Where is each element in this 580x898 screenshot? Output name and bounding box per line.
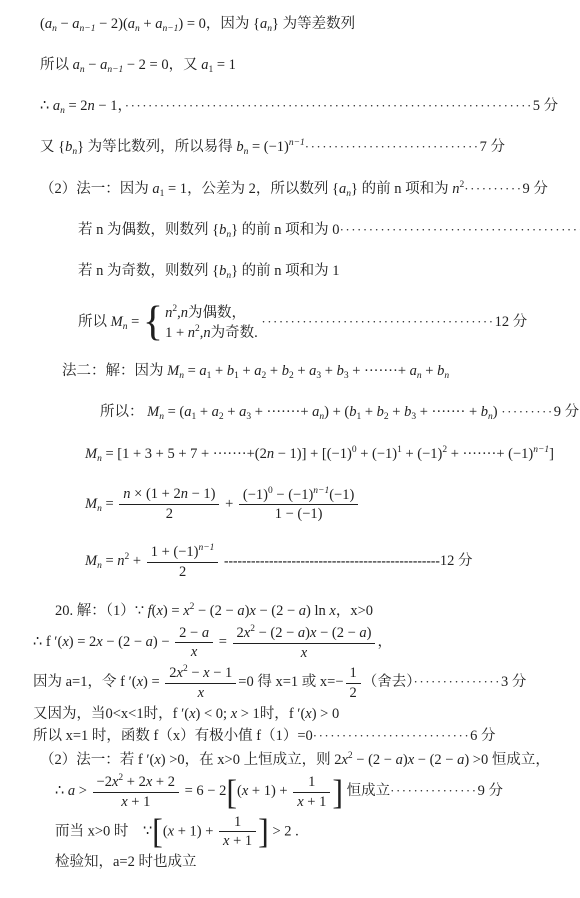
math-variable: a <box>212 404 219 420</box>
math-text: + (−1) <box>357 446 398 462</box>
math-variable: a <box>410 363 417 379</box>
math-text: 1 + (−1) <box>151 544 199 560</box>
math-text: − (2 − <box>256 603 299 619</box>
math-text: ) + ( <box>324 404 349 420</box>
text-run: ，在 x>0 上恒成立，则 <box>185 752 335 768</box>
math-variable: M <box>167 363 179 379</box>
fraction-denominator: x <box>165 684 236 702</box>
math-text: + <box>140 16 155 32</box>
math-text: + ·······+ <box>251 404 312 420</box>
math-text: ) = <box>163 603 183 619</box>
math-text: = 2 <box>65 98 88 114</box>
math-text: + <box>389 404 404 420</box>
math-text: = 1 <box>213 57 236 73</box>
text-run: } 的前 n 项和为 1 <box>231 263 339 279</box>
fraction-denominator: 2 <box>147 563 219 581</box>
text-run: 12 分 <box>440 553 473 569</box>
text-run: 所以 <box>78 314 111 330</box>
document-line: 检验知，a=2 时也成立 <box>0 853 580 873</box>
cases-row: 1 + n2,n为奇数. <box>165 323 258 343</box>
math-text: ) − <box>153 634 173 650</box>
math-text: + <box>224 404 239 420</box>
math-variable: a <box>72 16 79 32</box>
text-run: 恒成立 <box>343 783 390 799</box>
math-text: f ′( <box>173 706 189 722</box>
curly-brace-icon: { <box>143 304 163 342</box>
dotted-leader: ·········· <box>464 181 522 196</box>
text-run: 所以： <box>100 404 147 420</box>
text-run: 所以 x=1 时，函数 f（x）有极小值 f（1）=0 <box>33 728 313 744</box>
document-line: （2）法一：因为 a1 = 1，公差为 2，所以数列 {an} 的前 n 项和为… <box>0 179 580 201</box>
text-run: 9 分 <box>478 783 503 799</box>
math-text: − 2)( <box>95 16 127 32</box>
document-line: 又因为，当0<x<1时，f ′(x) < 0; x > 1时，f ′(x) > … <box>0 705 580 725</box>
text-run: 因为 a=1，令 <box>33 674 120 690</box>
document-line: 所以 Mn = {n2,n为偶数，1 + n2,n为奇数. ··········… <box>0 303 580 343</box>
math-text: − 2 = 0 <box>123 57 168 73</box>
math-text: + 1 <box>304 794 327 810</box>
math-text: (−1) <box>329 487 354 503</box>
math-variable: b <box>481 404 488 420</box>
fraction: 1 + (−1)n−12 <box>147 543 219 580</box>
text-run: ，又 <box>169 57 202 73</box>
math-text: f ′( <box>289 706 305 722</box>
math-variable: M <box>85 553 97 569</box>
text-run: 6 分 <box>470 728 495 744</box>
text-run: } 的前 n 项和为 0 <box>231 222 339 238</box>
math-text: ] <box>549 446 554 462</box>
math-variable: b <box>282 363 289 379</box>
math-text: − (2 − <box>353 752 396 768</box>
text-run: 检验知，a=2 时也成立 <box>55 854 197 870</box>
dotted-leader: ········································… <box>125 98 533 113</box>
math-text: f ′( <box>138 752 154 768</box>
text-run: 7 分 <box>480 139 505 155</box>
math-variable: a <box>396 752 403 768</box>
text-run: （舍去） <box>363 674 414 690</box>
document-line: 所以： Mn = (a1 + a2 + a3 + ·······+ an) + … <box>0 403 580 424</box>
math-text: + ······· + <box>416 404 481 420</box>
math-variable: b <box>227 363 234 379</box>
document-line: 所以 x=1 时，函数 f（x）有极小值 f（1）=0·············… <box>0 727 580 747</box>
fraction: 12 <box>346 665 361 701</box>
document-line: Mn = n2 + 1 + (−1)n−12 -----------------… <box>0 543 580 580</box>
math-text: (−1) <box>243 487 268 503</box>
text-run: 恒成立， <box>488 752 550 768</box>
text-run: ， <box>377 634 392 650</box>
math-text: − (2 − <box>103 634 146 650</box>
math-text: ) <box>493 404 501 420</box>
document-line: 因为 a=1，令 f ′(x) = 2x2 − x − 1x=0 得 x=1 或… <box>0 664 580 701</box>
math-variable: n <box>452 181 459 197</box>
math-variable: a <box>45 16 52 32</box>
document-line: ∴ f ′(x) = 2x − (2 − a) − 2 − ax = 2x2 −… <box>0 624 580 661</box>
fraction-numerator: 1 <box>293 774 330 793</box>
math-text: 2 <box>166 506 173 522</box>
math-text: ∴ <box>55 783 68 799</box>
text-run: 9 分 <box>554 404 579 420</box>
math-variable: a <box>199 363 206 379</box>
fraction-denominator: x <box>175 643 213 661</box>
superscript: n−1 <box>313 486 329 496</box>
document-line: 若 n 为偶数，则数列 {bn} 的前 n 项和为 0·············… <box>0 221 580 242</box>
fraction: n × (1 + 2n − 1)2 <box>119 486 219 522</box>
math-variable: M <box>147 404 159 420</box>
math-text: ) < 0; <box>196 706 231 722</box>
text-run: 9 分 <box>523 181 548 197</box>
text-run: ， <box>117 98 124 114</box>
text-run: 时， <box>260 706 289 722</box>
math-variable: n <box>188 325 195 341</box>
subscript: n−1 <box>80 24 96 34</box>
math-text: − 1 <box>95 98 118 114</box>
text-run: 所以 <box>40 57 73 73</box>
math-variable: a <box>128 16 135 32</box>
text-run: 又因为，当0<x<1时， <box>33 706 173 722</box>
math-text: ) > 0 <box>312 706 340 722</box>
fraction-numerator: −2x2 + 2x + 2 <box>93 773 179 793</box>
math-variable: x <box>301 645 307 661</box>
text-run: 又 { <box>40 139 65 155</box>
math-variable: a <box>299 603 306 619</box>
document-line: ∴ an = 2n − 1，··························… <box>0 97 580 118</box>
fraction: 2 − ax <box>175 625 213 661</box>
math-text: + 1 <box>128 794 151 810</box>
cases-group: {n2,n为偶数，1 + n2,n为奇数. <box>143 303 258 343</box>
tall-bracket-icon: [ <box>226 777 237 807</box>
math-text: + <box>294 363 309 379</box>
math-text: 2 − <box>179 625 202 641</box>
math-text: + <box>129 553 144 569</box>
fraction-denominator: 2 <box>119 505 219 523</box>
document-line: 而当 x>0 时 ∵[(x + 1) + 1x + 1] > 2 . <box>0 814 580 850</box>
math-variable: M <box>85 446 97 462</box>
math-text: − (2 − <box>316 625 359 641</box>
math-variable: M <box>111 314 123 330</box>
math-text: ∴ f ′( <box>33 634 62 650</box>
fraction-denominator: x <box>233 644 376 662</box>
math-text: − <box>188 665 203 681</box>
math-text: + <box>361 404 376 420</box>
math-text: − 1)] + [(−1) <box>274 446 352 462</box>
math-text: + (−1) <box>402 446 443 462</box>
dotted-leader: ··························· <box>313 728 470 743</box>
math-text: = ( <box>164 404 184 420</box>
text-run: 若 n 为偶数，则数列 { <box>78 222 219 238</box>
math-text: + 2 <box>152 774 175 790</box>
text-run: ，因为 { <box>206 16 260 32</box>
math-variable: a <box>359 625 366 641</box>
fraction-denominator: 2 <box>346 684 361 702</box>
math-text: ∵ <box>143 823 152 839</box>
math-variable: n <box>123 486 130 502</box>
math-text: =0 <box>238 674 253 690</box>
math-text: = <box>184 363 199 379</box>
cases-rows: n2,n为偶数，1 + n2,n为奇数. <box>165 303 258 343</box>
math-text: − (2 − <box>414 752 457 768</box>
math-text: + <box>239 363 254 379</box>
document-line: Mn = n × (1 + 2n − 1)2 + (−1)0 − (−1)n−1… <box>0 486 580 523</box>
math-text: ) = 2 <box>69 634 97 650</box>
math-text: 2 <box>169 665 176 681</box>
math-text: + <box>221 496 236 512</box>
fraction-numerator: n × (1 + 2n − 1) <box>119 486 219 505</box>
math-text: > 1 <box>237 706 260 722</box>
math-text: + 1) + <box>174 823 217 839</box>
text-run: （2）法一：因为 <box>40 181 152 197</box>
math-text: = 1 <box>164 181 187 197</box>
text-run: 为奇数. <box>211 325 258 341</box>
math-variable: n <box>88 98 95 114</box>
dotted-leader: ········································… <box>340 222 580 237</box>
math-variable: b <box>236 139 243 155</box>
math-variable: a <box>202 625 209 641</box>
math-variable: a <box>152 181 159 197</box>
math-text: ) >0 <box>161 752 185 768</box>
document-line: 20. 解：（1）∵ f(x) = x2 − (2 − a)x − (2 − a… <box>0 601 580 622</box>
text-run: 若 n 为奇数，则数列 { <box>78 263 219 279</box>
cases-row: n2,n为偶数， <box>165 303 258 323</box>
fraction-denominator: x + 1 <box>219 832 256 850</box>
math-text: − 1 <box>210 665 233 681</box>
math-text: = <box>127 314 142 330</box>
dotted-leader: ······························ <box>305 139 480 154</box>
fraction: 2x2 − x − 1x <box>165 664 236 701</box>
text-run: 20. 解：（1）∵ <box>55 603 148 619</box>
text-run: } 为等比数列，所以易得 <box>77 139 236 155</box>
text-run: } 的前 n 项和为 <box>351 181 452 197</box>
math-text: + <box>266 363 281 379</box>
fraction-numerator: 2x2 − x − 1 <box>165 664 236 684</box>
fraction-numerator: (−1)0 − (−1)n−1(−1) <box>239 486 358 506</box>
math-text: − (2 − <box>255 625 298 641</box>
math-text: + <box>211 363 226 379</box>
math-text: 2 <box>350 685 357 701</box>
fraction-denominator: 1 − (−1) <box>239 505 358 523</box>
document-line: 又 {bn} 为等比数列，所以易得 bn = (−1)n−1··········… <box>0 137 580 159</box>
superscript: n−1 <box>198 543 214 553</box>
math-variable: a <box>254 363 261 379</box>
math-text: 1 <box>234 814 241 830</box>
math-text: + ·······+ (−1) <box>447 446 533 462</box>
text-run: 得 x=1 或 x=− <box>254 674 344 690</box>
fraction: 1x + 1 <box>219 814 256 850</box>
math-text: − (−1) <box>273 487 314 503</box>
math-text: ) <box>367 625 372 641</box>
math-text: = 6 − 2 <box>181 783 226 799</box>
fraction: 2x2 − (2 − a)x − (2 − a)x <box>233 624 376 661</box>
text-run: 法二：解：因为 <box>62 363 167 379</box>
text-run: 3 分 <box>501 674 526 690</box>
math-text: − 1) <box>188 486 216 502</box>
math-text: > 2 . <box>269 823 299 839</box>
math-text: + 1 <box>229 833 252 849</box>
dotted-leader: ----------------------------------------… <box>224 553 440 568</box>
math-variable: n <box>181 486 188 502</box>
math-text: ) = <box>143 674 163 690</box>
math-solution-document: (an − an−1 − 2)(an + an−1) = 0，因为 {an} 为… <box>0 0 580 873</box>
document-line: 所以 an − an−1 − 2 = 0，又 a1 = 1 <box>0 56 580 77</box>
math-text: ∴ <box>40 98 53 114</box>
math-text: − <box>57 16 72 32</box>
tall-bracket-icon: [ <box>152 817 163 847</box>
fraction: (−1)0 − (−1)n−1(−1)1 − (−1) <box>239 486 358 523</box>
fraction-numerator: 2x2 − (2 − a)x − (2 − a) <box>233 624 376 644</box>
text-run: 而当 x>0 时 <box>55 823 143 839</box>
subscript: n−1 <box>107 65 123 75</box>
math-text: × (1 + 2 <box>131 486 181 502</box>
math-text: = <box>102 553 117 569</box>
text-run: ，x>0 <box>336 603 373 619</box>
math-text: + ·······+ <box>349 363 410 379</box>
document-line: (an − an−1 − 2)(an + an−1) = 0，因为 {an} 为… <box>0 15 580 36</box>
math-text: + <box>422 363 437 379</box>
math-text: = (−1) <box>248 139 289 155</box>
dotted-leader: ········· <box>501 404 553 419</box>
fraction-numerator: 1 <box>346 665 361 684</box>
math-variable: a <box>73 57 80 73</box>
math-variable: a <box>146 634 153 650</box>
math-variable: b <box>377 404 384 420</box>
math-variable: b <box>337 363 344 379</box>
text-run: } 为等差数列 <box>272 16 355 32</box>
fraction: −2x2 + 2x + 2x + 1 <box>93 773 179 810</box>
document-line: 法二：解：因为 Mn = a1 + b1 + a2 + b2 + a3 + b3… <box>0 362 580 383</box>
fraction-denominator: x + 1 <box>93 793 179 811</box>
fraction-numerator: 1 <box>219 814 256 833</box>
fraction-denominator: x + 1 <box>293 793 330 811</box>
document-line: （2）法一：若 f ′(x) >0，在 x>0 上恒成立，则 2x2 − (2 … <box>0 750 580 771</box>
math-text: + 2 <box>123 774 146 790</box>
math-text: − <box>85 57 100 73</box>
math-text: − (2 − <box>194 603 237 619</box>
math-variable: a <box>237 603 244 619</box>
fraction: 1x + 1 <box>293 774 330 810</box>
subscript: n <box>444 371 449 381</box>
math-text: = <box>102 496 117 512</box>
math-variable: M <box>85 496 97 512</box>
math-text: f ′( <box>120 674 136 690</box>
text-run: 为偶数， <box>188 305 246 321</box>
dotted-leader: ··············· <box>414 674 501 689</box>
text-run: ，公差为 2，所以数列 { <box>187 181 339 197</box>
math-text: + <box>196 404 211 420</box>
math-text: ) = 0 <box>178 16 206 32</box>
dotted-leader: ········································ <box>261 314 494 329</box>
document-line: 若 n 为奇数，则数列 {bn} 的前 n 项和为 1 <box>0 262 580 283</box>
math-text: = <box>215 634 230 650</box>
tall-bracket-icon: ] <box>332 777 343 807</box>
tall-bracket-icon: ] <box>258 817 269 847</box>
math-variable: n <box>203 325 210 341</box>
math-text: −2 <box>97 774 112 790</box>
math-variable: x <box>191 644 197 660</box>
text-run: （2）法一：若 <box>40 752 138 768</box>
math-text: ) ln <box>306 603 329 619</box>
text-run: 5 分 <box>533 98 558 114</box>
math-text: 1 + <box>165 325 188 341</box>
math-variable: x <box>198 685 204 701</box>
fraction-numerator: 1 + (−1)n−1 <box>147 543 219 563</box>
subscript: n−1 <box>162 24 178 34</box>
math-text: ) >0 <box>464 752 488 768</box>
math-variable: n <box>181 305 188 321</box>
dotted-leader: ··············· <box>390 783 477 798</box>
math-text: = [1 + 3 + 5 + 7 + ·······+(2 <box>102 446 267 462</box>
document-line: Mn = [1 + 3 + 5 + 7 + ·······+(2n − 1)] … <box>0 444 580 466</box>
math-text: 2 <box>179 564 186 580</box>
math-variable: n <box>117 553 124 569</box>
math-text: > <box>75 783 90 799</box>
math-text: 2 <box>237 625 244 641</box>
math-text: + 1) + <box>248 783 291 799</box>
superscript: n−1 <box>533 445 549 455</box>
text-run: 12 分 <box>495 314 528 330</box>
document-line: ∴ a > −2x2 + 2x + 2x + 1 = 6 − 2[(x + 1)… <box>0 773 580 810</box>
math-text: 1 <box>350 665 357 681</box>
math-text: + <box>321 363 336 379</box>
fraction-numerator: 2 − a <box>175 625 213 644</box>
math-text: 1 − (−1) <box>275 506 323 522</box>
math-text: 1 <box>308 774 315 790</box>
superscript: n−1 <box>289 138 305 148</box>
